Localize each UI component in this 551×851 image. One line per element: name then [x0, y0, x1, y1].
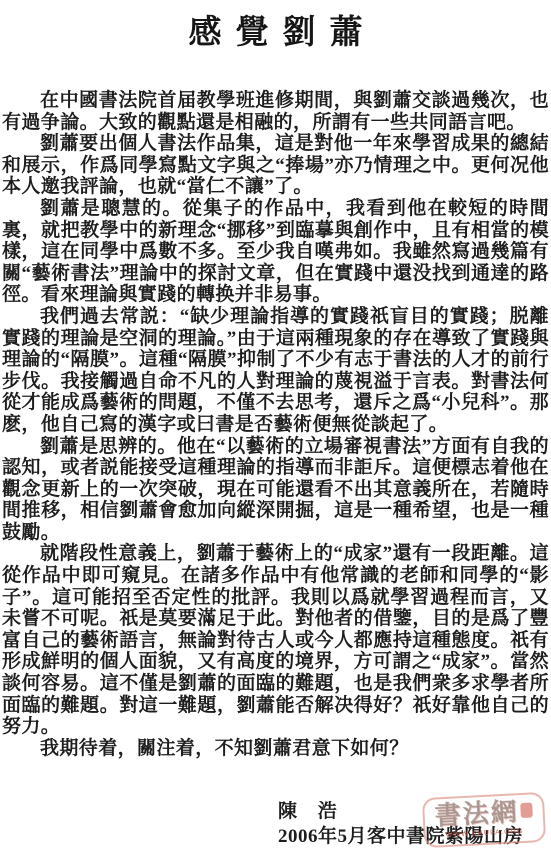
page-title: 感覺劉蕭 [0, 0, 551, 53]
document-page: 感覺劉蕭 在中國書法院首届教學班進修期間，與劉蕭交談過幾次，也有過争論。大致的觀… [0, 0, 551, 851]
author-signature: 陳 浩 [278, 799, 523, 824]
paragraph: 我們過去常説：“缺少理論指導的實踐祇盲目的實踐；脱離實踐的理論是空洞的理論。”由… [2, 306, 549, 436]
paragraph: 在中國書法院首届教學班進修期間，與劉蕭交談過幾次，也有過争論。大致的觀點還是相融… [2, 90, 549, 133]
paragraph: 就階段性意義上，劉蕭于藝術上的“成家”還有一段距離。這從作品中即可窺見。在諸多作… [2, 543, 549, 737]
paragraph: 劉蕭是聰慧的。從集子的作品中，我看到他在較短的時間裏，就把教學中的新理念“挪移”… [2, 198, 549, 306]
signature-block: 陳 浩 2006年5月客中書院紫陽山房 [278, 799, 523, 849]
dateline: 2006年5月客中書院紫陽山房 [278, 824, 523, 849]
paragraph: 劉蕭要出個人書法作品集，這是對他一年來學習成果的總結和展示，作爲同學寫點文字與之… [2, 133, 549, 198]
paragraph: 我期待着，關注着，不知劉蕭君意下如何？ [2, 738, 549, 760]
paragraph: 劉蕭是思辨的。他在“以藝術的立場審視書法”方面有自我的認知，或者説能接受這種理論… [2, 436, 549, 544]
body-text: 在中國書法院首届教學班進修期間，與劉蕭交談過幾次，也有過争論。大致的觀點還是相融… [0, 90, 551, 759]
